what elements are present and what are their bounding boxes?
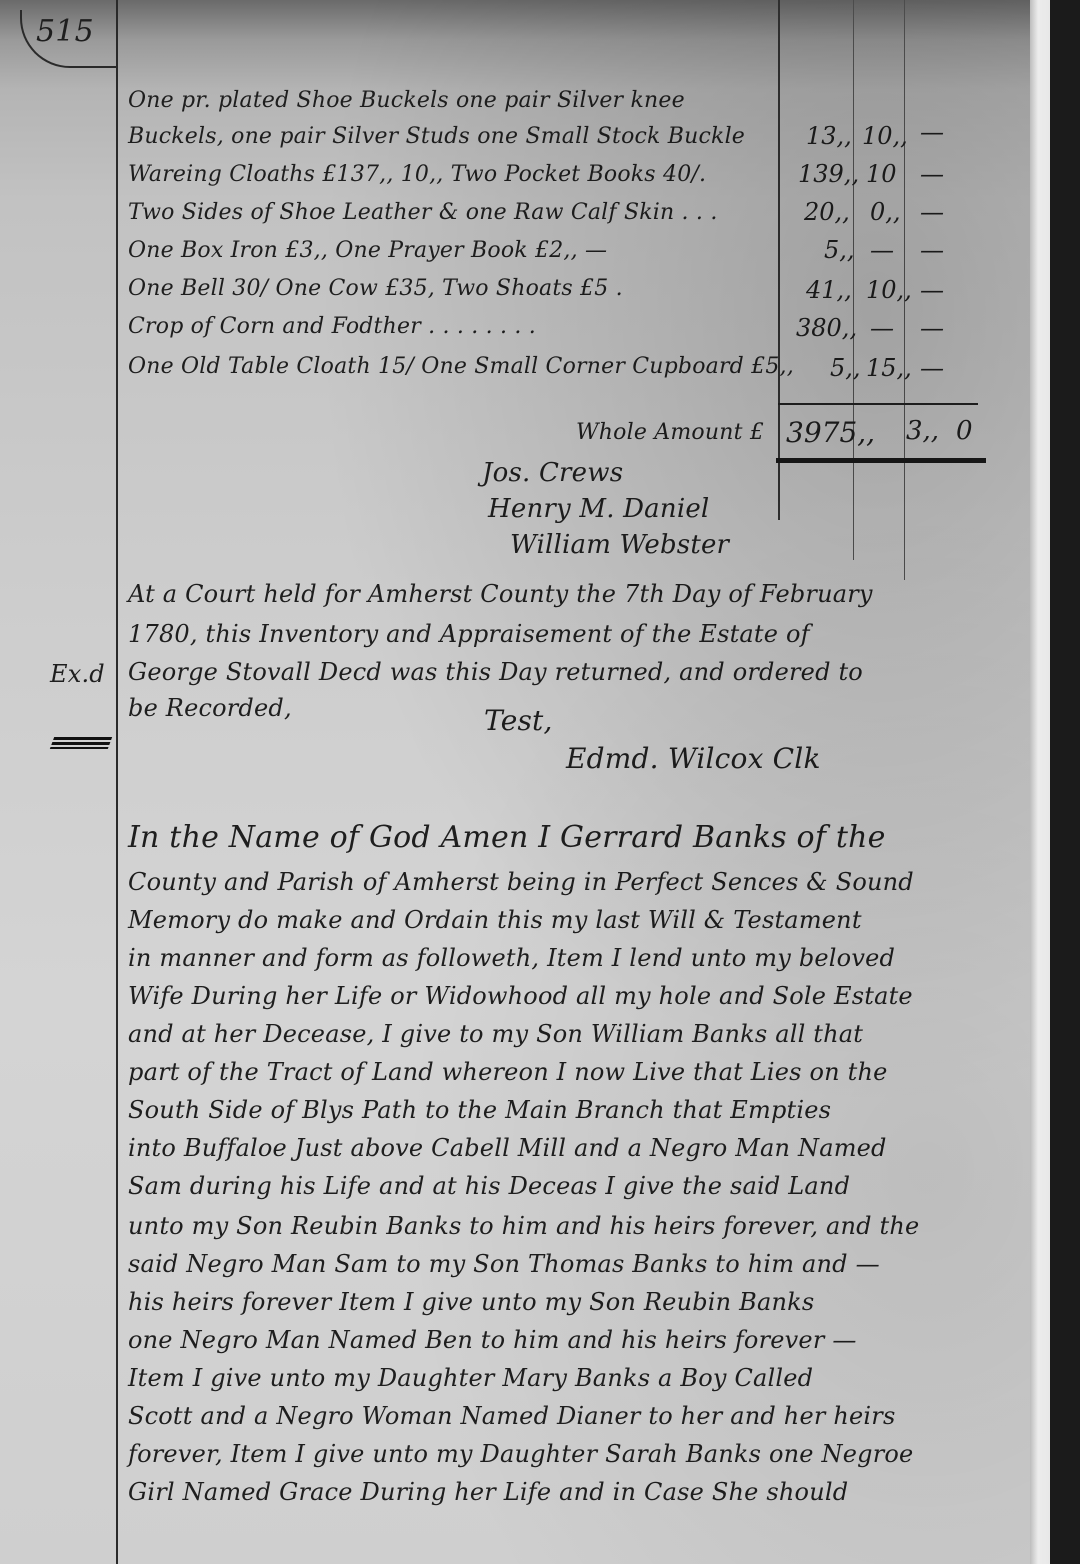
amount-pounds: 5,, [824,236,855,264]
court-record-line: 1780, this Inventory and Appraisement of… [128,620,810,648]
will-line: Sam during his Life and at his Deceas I … [128,1172,850,1200]
attest-label: Test, [484,704,553,737]
amount-shillings: 0,, [870,198,901,226]
amount-pounds: 5,, [830,354,861,382]
margin-note: Ex.d [50,660,105,688]
total-pence: 0 [956,416,973,446]
amount-pence: — [920,314,944,342]
will-line: unto my Son Reubin Banks to him and his … [128,1212,919,1240]
amount-pence: — [920,236,944,264]
scan-border [1050,0,1080,1564]
pounds-column-rule [778,0,780,520]
total-rule-bottom [776,458,986,463]
will-line: in manner and form as followeth, Item I … [128,944,895,972]
will-line: part of the Tract of Land whereon I now … [128,1058,888,1086]
amount-pence: — [920,118,944,146]
amount-pounds: 380,, [796,314,857,342]
amount-shillings: — [870,236,894,264]
amount-pence: — [920,198,944,226]
inventory-item: One pr. plated Shoe Buckels one pair Sil… [128,88,685,113]
total-pounds: 3975,, [786,416,875,449]
appraiser-signature: Henry M. Daniel [488,494,709,524]
amount-pounds: 20,, [804,198,850,226]
amount-pence: — [920,354,944,382]
court-record-line: be Recorded, [128,694,292,722]
total-label: Whole Amount £ [576,420,764,445]
will-line: Item I give unto my Daughter Mary Banks … [128,1364,813,1392]
total-rule-top [778,403,978,405]
folio-number: 515 [20,10,118,68]
inventory-item: Wareing Cloaths £137,, 10,, Two Pocket B… [128,162,706,187]
will-line: Memory do make and Ordain this my last W… [128,906,862,934]
amount-pounds: 13,, [806,122,852,150]
amount-shillings: 10 [866,160,897,188]
inventory-item: Two Sides of Shoe Leather & one Raw Calf… [128,200,718,225]
amount-shillings: 10,, [862,122,908,150]
amount-shillings: — [870,314,894,342]
appraiser-signature: William Webster [510,530,729,560]
amount-pounds: 41,, [806,276,852,304]
inventory-item: One Bell 30/ One Cow £35, Two Shoats £5 … [128,276,623,301]
will-line: Girl Named Grace During her Life and in … [128,1478,848,1506]
amount-pounds: 139,, [798,160,859,188]
page-edge [1030,0,1050,1564]
inventory-item: Crop of Corn and Fodther . . . . . . . . [128,314,536,339]
will-line: Scott and a Negro Woman Named Dianer to … [128,1402,895,1430]
amount-pence: — [920,276,944,304]
will-line: his heirs forever Item I give unto my So… [128,1288,814,1316]
will-line: one Negro Man Named Ben to him and his h… [128,1326,857,1354]
amount-shillings: 10,, [866,276,912,304]
shillings-column-rule [853,0,854,560]
document-page: 515 One pr. plated Shoe Buckels one pair… [0,0,1030,1564]
amount-shillings: 15,, [866,354,912,382]
will-line: Wife During her Life or Widowhood all my… [128,982,913,1010]
will-line: forever, Item I give unto my Daughter Sa… [128,1440,913,1468]
total-shillings: 3,, [906,416,939,446]
will-line: into Buffaloe Just above Cabell Mill and… [128,1134,887,1162]
appraiser-signature: Jos. Crews [482,458,623,488]
separator-flourish [50,737,112,749]
amount-pence: — [920,160,944,188]
inventory-item: Buckels, one pair Silver Studs one Small… [128,124,745,149]
court-record-line: George Stovall Decd was this Day returne… [128,658,863,686]
will-line: County and Parish of Amherst being in Pe… [128,868,914,896]
will-line: In the Name of God Amen I Gerrard Banks … [128,820,886,855]
left-margin-rule [116,0,118,1564]
court-record-line: At a Court held for Amherst County the 7… [128,580,873,608]
inventory-item: One Box Iron £3,, One Prayer Book £2,, — [128,238,607,263]
will-line: and at her Decease, I give to my Son Wil… [128,1020,863,1048]
will-line: South Side of Blys Path to the Main Bran… [128,1096,831,1124]
clerk-signature: Edmd. Wilcox Clk [566,742,821,775]
inventory-item: One Old Table Cloath 15/ One Small Corne… [128,354,794,379]
will-line: said Negro Man Sam to my Son Thomas Bank… [128,1250,880,1278]
